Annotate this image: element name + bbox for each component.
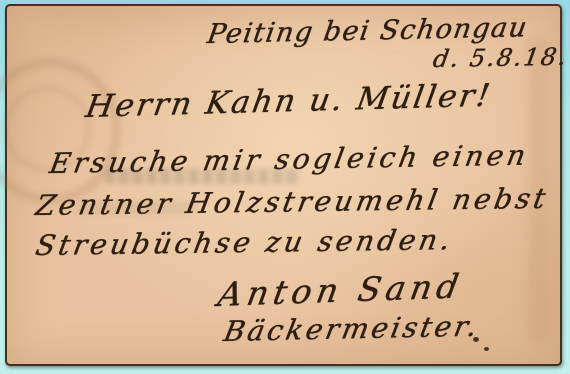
handwritten-body-line-3: Streubüchse zu senden. (33, 223, 456, 262)
handwritten-signature-title: Bäckermeister. (221, 310, 483, 348)
handwritten-body-line-2: Zentner Holzstreumehl nebst (33, 182, 551, 222)
postcard: Peiting bei Schongau d. 5.8.18. Herrn Ka… (5, 4, 562, 366)
handwritten-body-line-1: Ersuche mir sogleich einen (47, 139, 531, 180)
handwritten-salutation: Herrn Kahn u. Müller! (83, 77, 494, 125)
ink-speck (473, 337, 479, 342)
handwritten-date-line: d. 5.8.18. (431, 43, 570, 73)
postcard-scan: Peiting bei Schongau d. 5.8.18. Herrn Ka… (0, 0, 570, 374)
ink-speck (484, 347, 489, 351)
handwritten-signature-name: Anton Sand (215, 266, 466, 314)
